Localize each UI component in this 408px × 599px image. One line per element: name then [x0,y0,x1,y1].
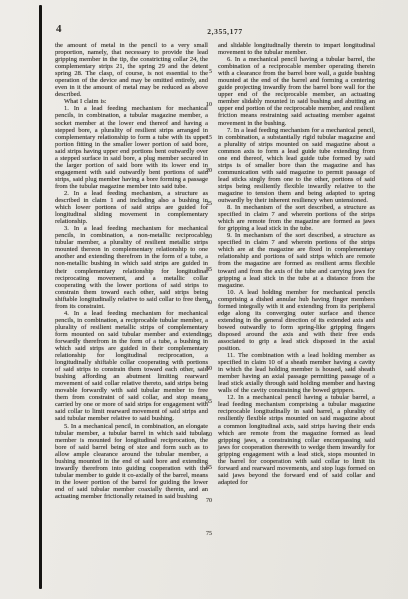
left-text-column: the amount of metal in the pencil to a v… [55,42,208,500]
paragraph: 12. In a mechanical pencil having a tubu… [218,394,375,486]
patent-page: 4 2,355,177 the amount of metal in the p… [0,0,408,599]
right-text-column: and slidable longitudinally therein to i… [218,42,375,486]
line-number-gutter: 51015202530354045505560657075 [198,69,212,537]
line-number: 35 [206,267,212,273]
page-number: 4 [56,23,62,35]
patent-number: 2,355,177 [150,27,300,36]
line-number: 45 [206,333,212,339]
line-number: 65 [206,465,212,471]
paragraph: the amount of metal in the pencil to a v… [55,42,208,98]
line-number: 55 [206,399,212,405]
line-number: 60 [206,432,212,438]
line-number: 10 [206,102,212,108]
paragraph: and slidable longitudinally therein to i… [218,42,375,56]
paragraph: 8. In mechanism of the sort described, a… [218,204,375,232]
line-number: 15 [206,135,212,141]
line-number: 75 [206,531,212,537]
paragraph: 4. In a lead feeding mechanism for mecha… [55,310,208,423]
line-number: 25 [206,201,212,207]
paragraph: 3. In a lead feeding mechanism for mecha… [55,225,208,310]
paragraph: 9. In mechanism of the sort described, a… [218,232,375,288]
paragraph: 6. In a mechanical pencil having a tubul… [218,56,375,126]
line-number: 70 [206,498,212,504]
line-number: 30 [206,234,212,240]
line-number: 5 [209,69,212,75]
paragraph: 2. In a lead feeding mechanism, a struct… [55,190,208,225]
paragraph: 1. In a lead feeding mechanism for mecha… [55,105,208,190]
paragraph: 5. In a mechanical pencil, in combinatio… [55,423,208,501]
paragraph: 11. The combination with a lead holding … [218,352,375,394]
paragraph: 7. In a lead feeding mechanism for a mec… [218,127,375,205]
binding-edge-line [39,5,42,589]
line-number: 40 [206,300,212,306]
line-number: 50 [206,366,212,372]
paragraph: 10. A lead holding member for mechanical… [218,289,375,352]
line-number: 20 [206,168,212,174]
